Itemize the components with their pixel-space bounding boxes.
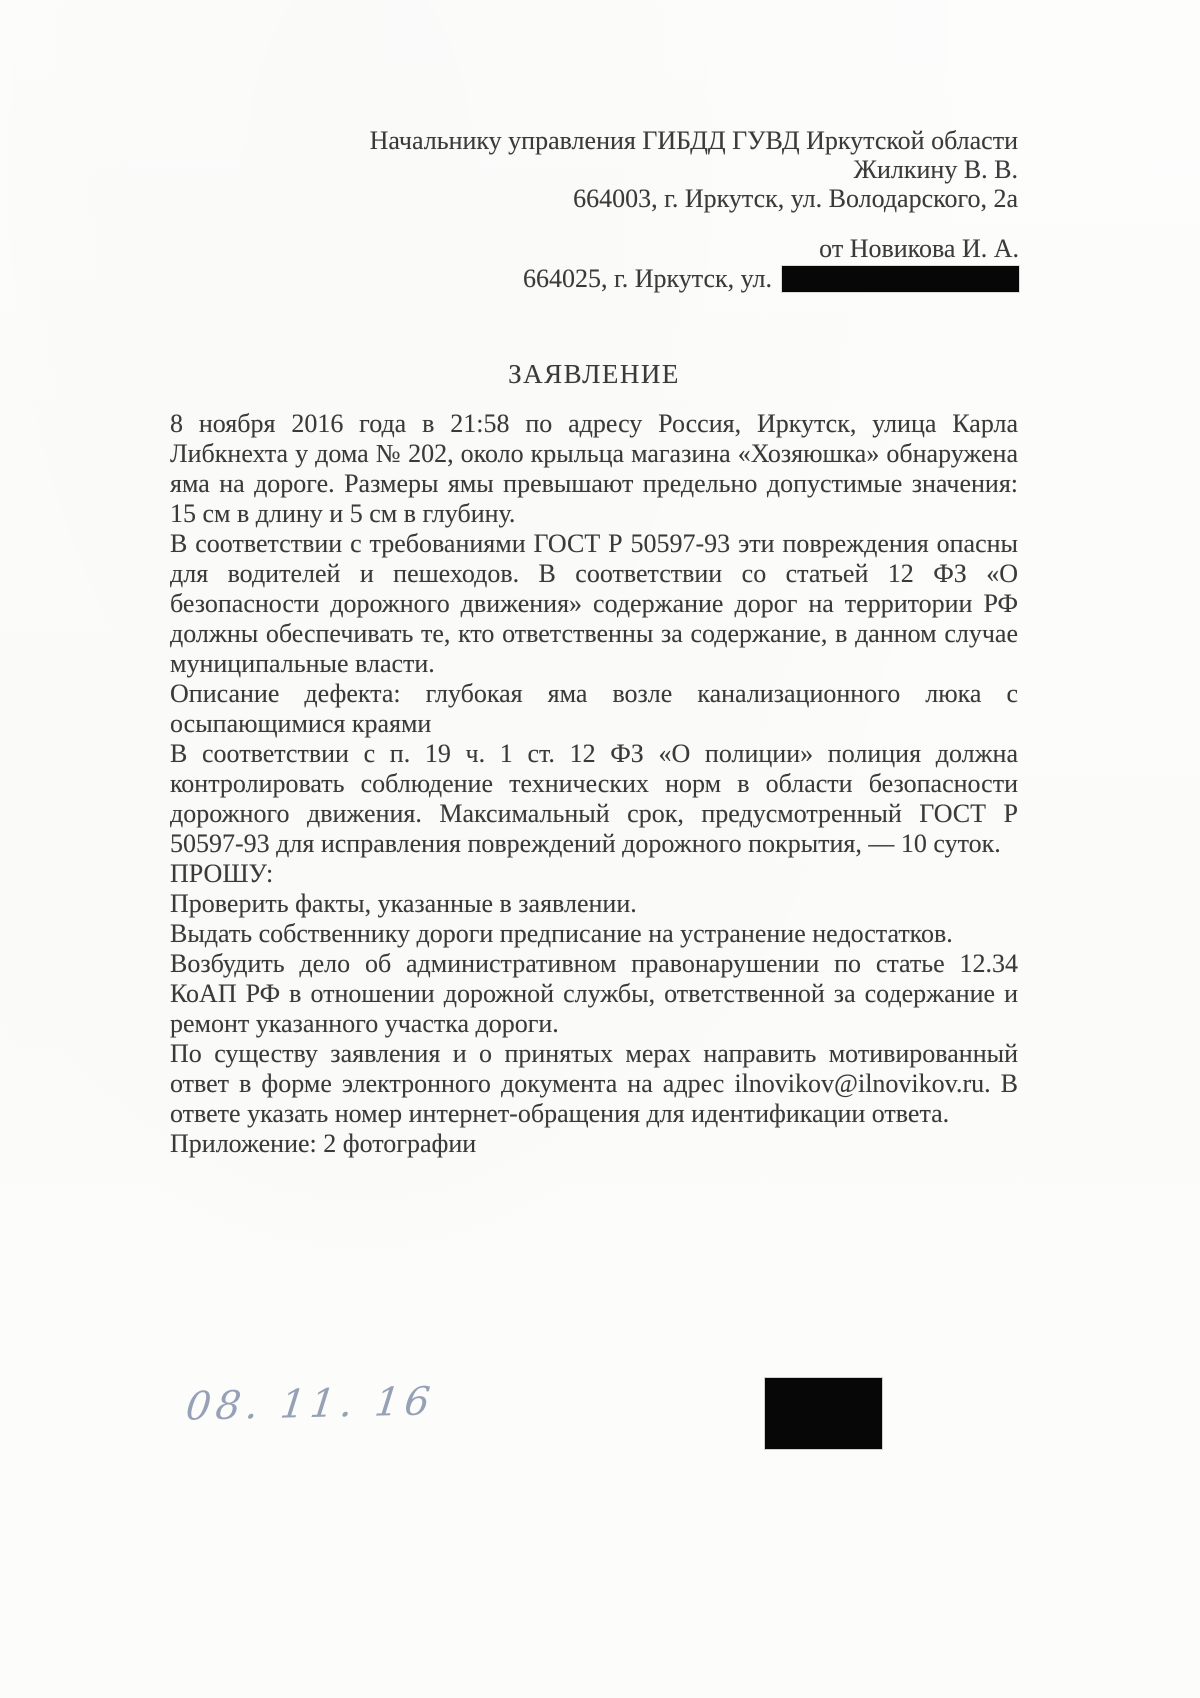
scanned-document-page: Начальнику управления ГИБДД ГУВД Иркутск… bbox=[0, 0, 1200, 1698]
paragraph-police-law: В соответствии с п. 19 ч. 1 ст. 12 ФЗ «О… bbox=[170, 739, 1018, 859]
paragraph-gost-requirements: В соответствии с требованиями ГОСТ Р 505… bbox=[170, 529, 1018, 679]
redacted-signature-box bbox=[765, 1378, 882, 1449]
attachment-line: Приложение: 2 фотографии bbox=[170, 1129, 1018, 1159]
recipient-line-3: 664003, г. Иркутск, ул. Володарского, 2а bbox=[370, 184, 1018, 213]
sender-from-line: от Новикова И. А. bbox=[523, 234, 1019, 264]
paragraph-defect-description: Описание дефекта: глубокая яма возле кан… bbox=[170, 679, 1018, 739]
sender-address-prefix: 664025, г. Иркутск, ул. bbox=[523, 264, 772, 293]
request-item-check-facts: Проверить факты, указанные в заявлении. bbox=[170, 889, 1018, 919]
sender-address-line: 664025, г. Иркутск, ул. bbox=[523, 264, 1019, 294]
request-item-open-case: Возбудить дело об административном право… bbox=[170, 949, 1018, 1039]
recipient-block: Начальнику управления ГИБДД ГУВД Иркутск… bbox=[370, 126, 1018, 213]
request-item-issue-order: Выдать собственнику дороги предписание н… bbox=[170, 919, 1018, 949]
paragraph-incident: 8 ноября 2016 года в 21:58 по адресу Рос… bbox=[170, 409, 1018, 529]
sender-block: от Новикова И. А. 664025, г. Иркутск, ул… bbox=[523, 234, 1019, 294]
handwritten-date: 08. 11. 16 bbox=[184, 1387, 436, 1422]
recipient-line-2: Жилкину В. В. bbox=[370, 155, 1018, 184]
request-item-send-reply: По существу заявления и о принятых мерах… bbox=[170, 1039, 1018, 1129]
redacted-street-address-bar bbox=[782, 266, 1019, 292]
document-title: ЗАЯВЛЕНИЕ bbox=[170, 359, 1018, 389]
document-body: 8 ноября 2016 года в 21:58 по адресу Рос… bbox=[170, 409, 1018, 1159]
request-heading: ПРОШУ: bbox=[170, 859, 1018, 889]
recipient-line-1: Начальнику управления ГИБДД ГУВД Иркутск… bbox=[370, 126, 1018, 155]
